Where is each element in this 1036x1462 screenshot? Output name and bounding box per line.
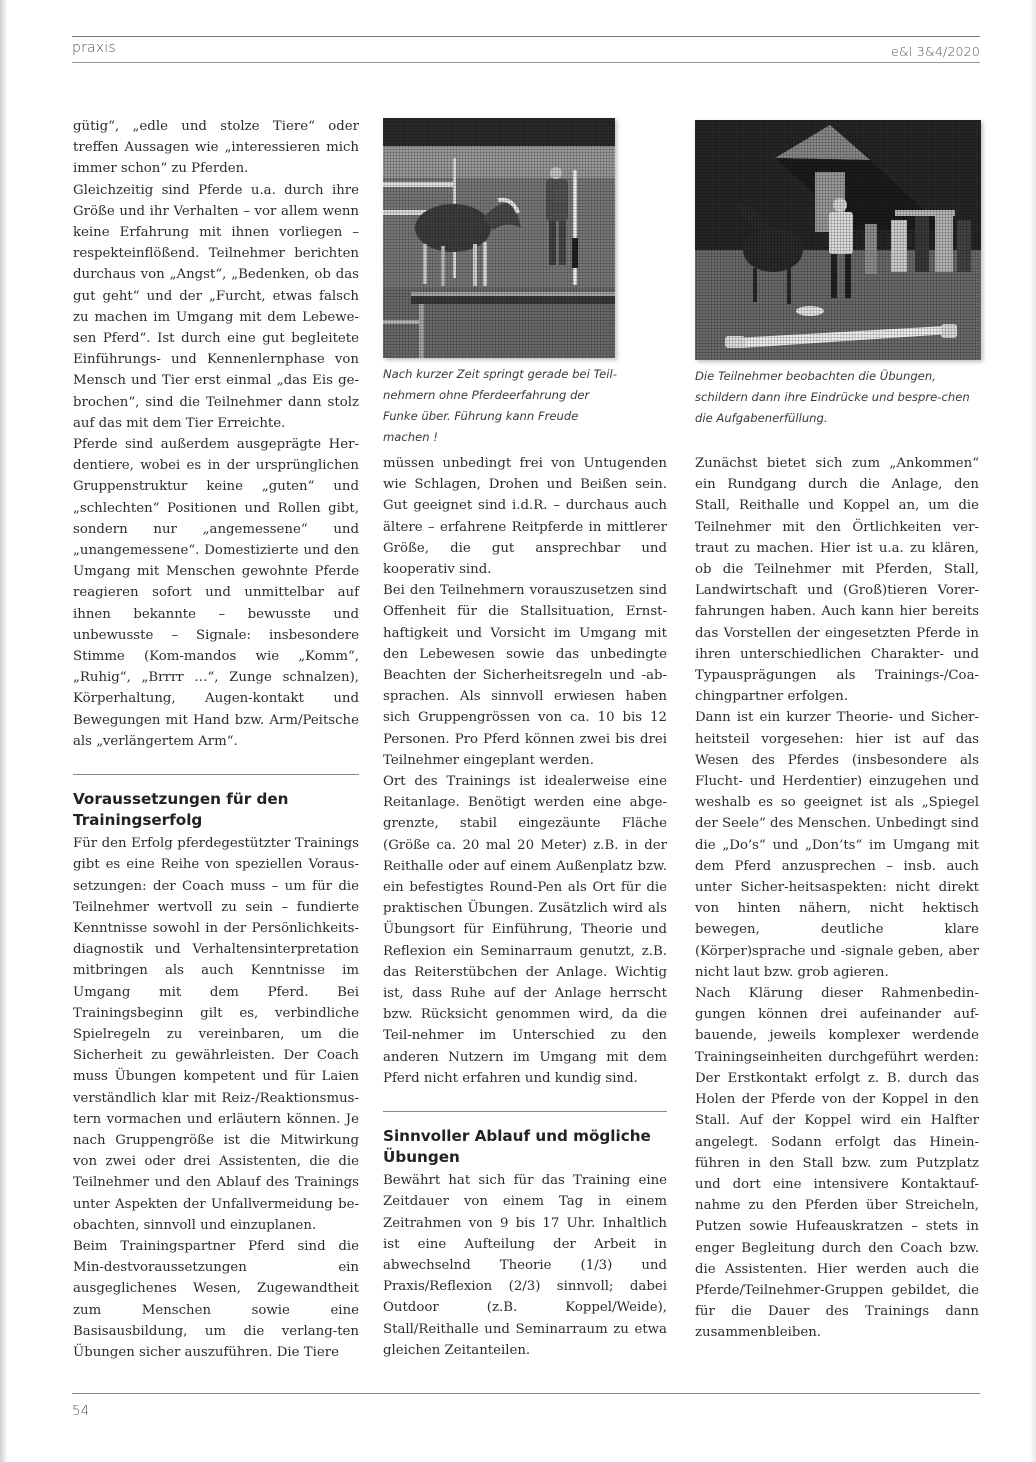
paragraph: Für den Erfolg pferdegestützter Training… xyxy=(73,833,359,1236)
section-heading-ablauf: Sinnvoller Ablauf und mögliche Übungen xyxy=(383,1126,667,1168)
footer-rule xyxy=(72,1393,980,1394)
paragraph: Gleichzeitig sind Pferde u.a. durch ihre… xyxy=(73,180,359,434)
column-2: müssen unbedingt frei von Untugenden wie… xyxy=(383,453,667,1361)
paragraph: gütig“, „edle und stolze Tiere“ oder tre… xyxy=(73,116,359,180)
figure-caption-2: Die Teilnehmer beobachten die Übungen, s… xyxy=(695,366,985,429)
photo-group-observing-horse-exercise-icon xyxy=(695,120,981,360)
paragraph: Bei den Teilnehmern vorauszusetzen sind … xyxy=(383,580,667,771)
section-divider xyxy=(383,1111,667,1112)
section-heading-voraussetzungen: Voraussetzungen für den Trainingserfolg xyxy=(73,789,359,831)
figure-caption-1: Nach kurzer Zeit springt gerade bei Teil… xyxy=(383,364,619,448)
paragraph: Beim Trainingspartner Pferd sind die Min… xyxy=(73,1236,359,1363)
paragraph: Dann ist ein kurzer Theorie- und Sicher-… xyxy=(695,707,979,983)
page-number: 54 xyxy=(72,1403,89,1419)
scan-edge-left xyxy=(0,0,8,1462)
header-bottom-rule xyxy=(72,62,980,63)
header-top-rule xyxy=(72,36,980,37)
figure-photo-participants-observing xyxy=(695,120,981,360)
section-divider xyxy=(73,774,359,775)
paragraph: Ort des Trainings ist idealerweise eine … xyxy=(383,771,667,1089)
paragraph: Bewährt hat sich für das Training eine Z… xyxy=(383,1170,667,1361)
paragraph: Pferde sind außerdem ausgeprägte Her-den… xyxy=(73,434,359,752)
column-1: gütig“, „edle und stolze Tiere“ oder tre… xyxy=(73,116,359,1363)
column-3: Zunächst bietet sich zum „Ankommen“ ein … xyxy=(695,453,979,1344)
paragraph: Nach Klärung dieser Rahmenbedin-gungen k… xyxy=(695,983,979,1343)
scan-edge-right xyxy=(1030,0,1036,1462)
paragraph: müssen unbedingt frei von Untugenden wie… xyxy=(383,453,667,580)
paragraph: Zunächst bietet sich zum „Ankommen“ ein … xyxy=(695,453,979,707)
figure-photo-horse-jumping xyxy=(383,118,615,358)
running-head-section: praxis xyxy=(72,40,116,56)
running-head-issue: e&l 3&4/2020 xyxy=(891,44,980,59)
photo-horse-jump-over-pole-icon xyxy=(383,118,615,358)
